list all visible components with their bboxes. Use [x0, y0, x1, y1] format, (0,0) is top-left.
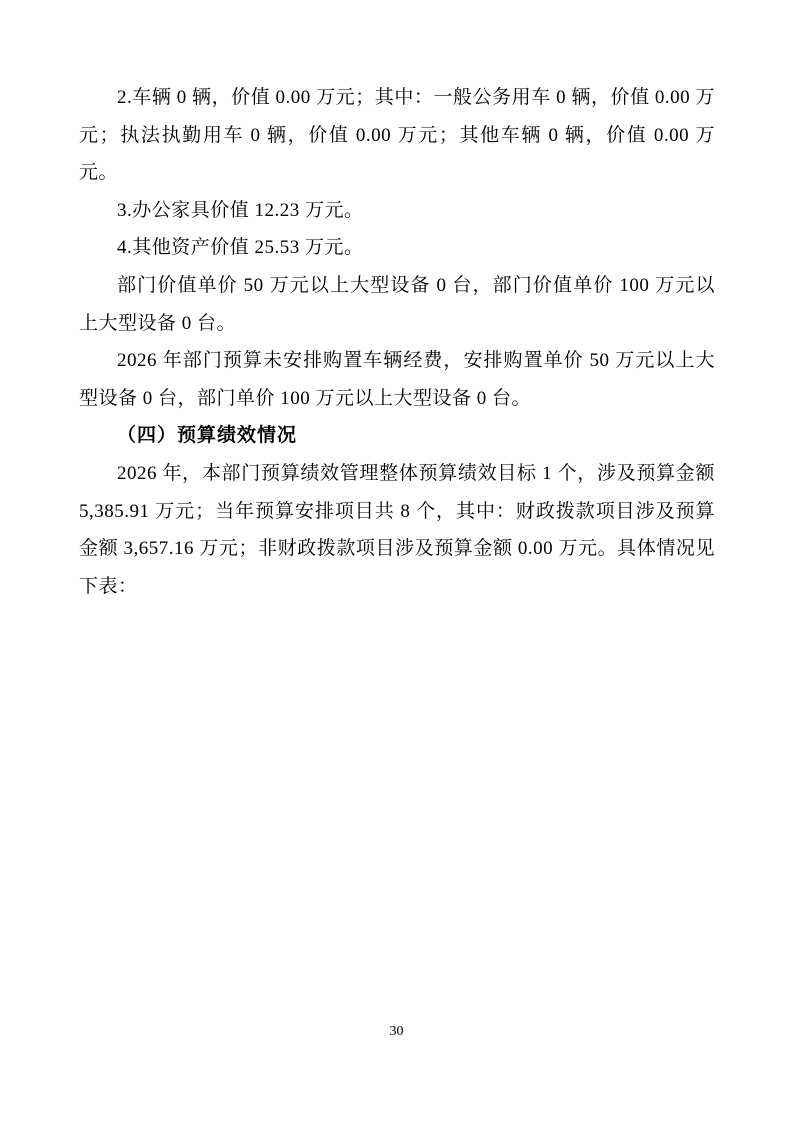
paragraph-large-equipment: 部门价值单价 50 万元以上大型设备 0 台，部门价值单价 100 万元以上大型…: [79, 267, 715, 342]
paragraph-procurement-2026: 2026 年部门预算未安排购置车辆经费，安排购置单价 50 万元以上大型设备 0…: [79, 342, 715, 417]
document-body: 2.车辆 0 辆，价值 0.00 万元；其中：一般公务用车 0 辆，价值 0.0…: [79, 79, 715, 605]
paragraph-vehicles: 2.车辆 0 辆，价值 0.00 万元；其中：一般公务用车 0 辆，价值 0.0…: [79, 79, 715, 192]
paragraph-other-assets: 4.其他资产价值 25.53 万元。: [79, 229, 715, 267]
page-number: 30: [390, 1024, 404, 1039]
section-heading-budget-performance: （四）预算绩效情况: [79, 417, 715, 455]
document-page: 2.车辆 0 辆，价值 0.00 万元；其中：一般公务用车 0 辆，价值 0.0…: [0, 0, 793, 1122]
paragraph-office-furniture: 3.办公家具价值 12.23 万元。: [79, 192, 715, 230]
page-footer: 30: [0, 1022, 793, 1041]
paragraph-performance-overview: 2026 年，本部门预算绩效管理整体预算绩效目标 1 个，涉及预算金额 5,38…: [79, 455, 715, 605]
